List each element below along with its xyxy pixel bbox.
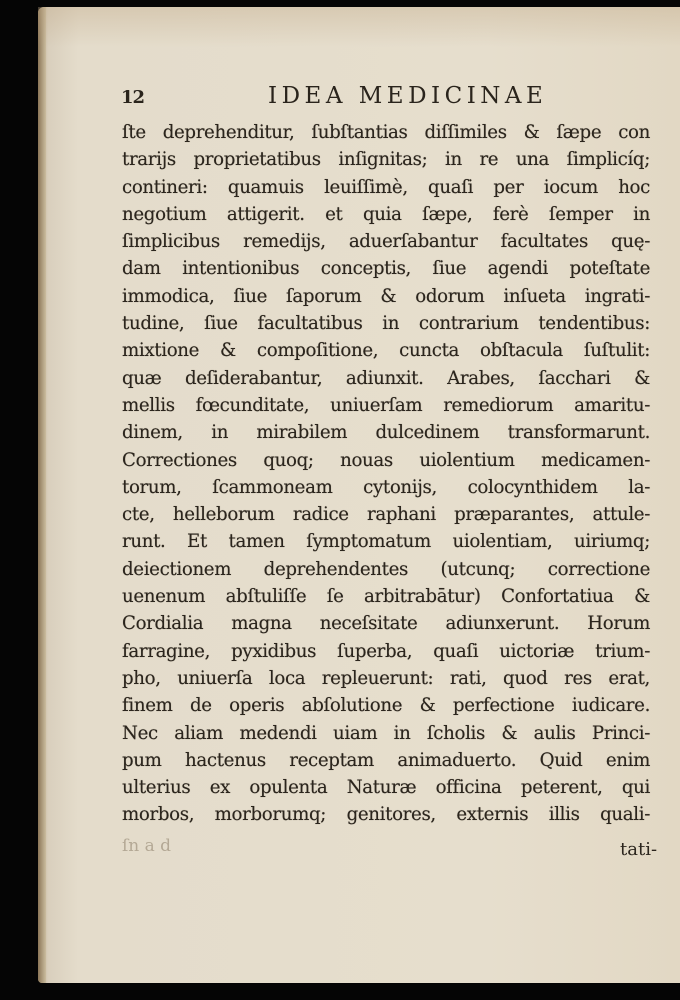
text-line: pum hactenus receptam animaduerto. Quid … <box>122 747 650 774</box>
text-line: morbos, morborumq; genitores, externis i… <box>122 801 650 828</box>
page-number: 12 <box>121 87 144 108</box>
text-line: ulterius ex opulenta Naturæ officina pet… <box>122 774 650 801</box>
text-line: trarijs proprietatibus inſignitas; in re… <box>122 146 650 173</box>
page-header: 12 IDEA MEDICINAE <box>121 83 641 113</box>
text-line: negotium attigerit. et quia ſæpe, ferè ſ… <box>122 201 650 228</box>
text-line: mixtione & compoſitione, cuncta obſtacul… <box>122 337 650 364</box>
catchword: tati- <box>620 839 657 860</box>
text-line: uenenum abſtuliſſe ſe arbitrabātur) Conf… <box>122 583 650 610</box>
text-line: tudine, ſiue facultatibus in contrarium … <box>122 310 650 337</box>
text-line: ſimplicibus remedijs, aduerſabantur facu… <box>122 228 650 255</box>
bleed-through-text: ſn a d <box>122 836 171 856</box>
text-line: contineri: quamuis leuiſſimè, quaſi per … <box>122 174 650 201</box>
text-line: Correctiones quoq; nouas uiolentium medi… <box>122 447 650 474</box>
text-line: finem de operis abſolutione & perfection… <box>122 692 650 719</box>
text-line: torum, ſcammoneam cytonijs, colocynthide… <box>122 474 650 501</box>
body-text: ſte deprehenditur, ſubſtantias diſſimile… <box>122 119 650 829</box>
text-line: cte, helleborum radice raphani præparant… <box>122 501 650 528</box>
text-line: ſte deprehenditur, ſubſtantias diſſimile… <box>122 119 650 146</box>
text-line: mellis fœcunditate, uniuerſam remediorum… <box>122 392 650 419</box>
running-title: IDEA MEDICINAE <box>268 83 547 109</box>
book-page: 12 IDEA MEDICINAE ſte deprehenditur, ſub… <box>38 7 680 983</box>
text-line: quæ deſiderabantur, adiunxit. Arabes, ſa… <box>122 365 650 392</box>
text-line: deiectionem deprehendentes (utcunq; corr… <box>122 556 650 583</box>
text-line: immodica, ſiue ſaporum & odorum inſueta … <box>122 283 650 310</box>
text-line: Cordialia magna neceſsitate adiunxerunt.… <box>122 610 650 637</box>
text-line: farragine, pyxidibus ſuperba, quaſi uict… <box>122 638 650 665</box>
text-line: dam intentionibus conceptis, ſiue agendi… <box>122 255 650 282</box>
text-line: pho, uniuerſa loca repleuerunt: rati, qu… <box>122 665 650 692</box>
text-line: Nec aliam medendi uiam in ſcholis & auli… <box>122 720 650 747</box>
text-line: runt. Et tamen ſymptomatum uiolentiam, u… <box>122 528 650 555</box>
text-line: dinem, in mirabilem dulcedinem transform… <box>122 419 650 446</box>
